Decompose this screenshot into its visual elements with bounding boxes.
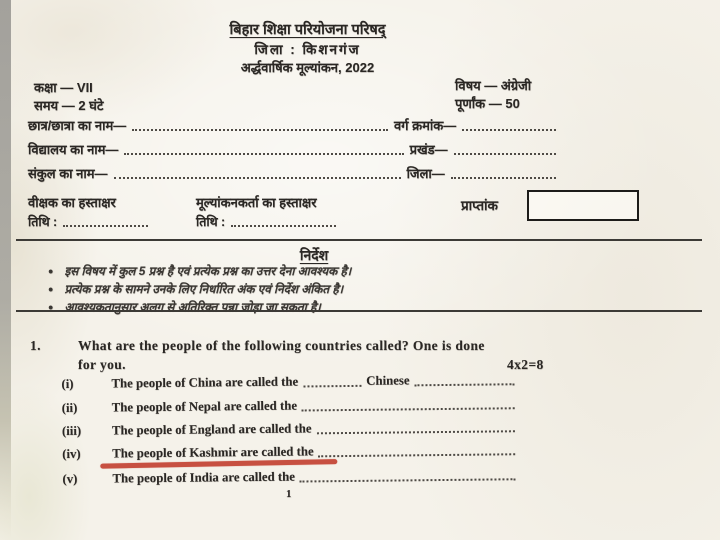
item-number: (v) (62, 471, 112, 487)
question-item-i: (i) The people of China are called the C… (61, 372, 519, 392)
meta-right: विषय — अंग्रेजी पूर्णांक — 50 (455, 77, 531, 113)
answer-blank (415, 381, 515, 386)
item-text: The people of Kashmir are called the (112, 444, 314, 461)
question-text-line1: What are the people of the following cou… (78, 336, 518, 355)
page-number: 1 (286, 488, 292, 500)
question-marks: 4x2=8 (507, 355, 544, 374)
student-name-label: छात्र/छात्रा का नाम— (28, 116, 126, 134)
question-text-line2: for you. (78, 355, 518, 374)
instruction-item: ● इस विषय में कुल 5 प्रश्न है एवं प्रत्य… (48, 264, 628, 280)
class-label: कक्षा — VII (34, 79, 103, 97)
bullet-icon: ● (48, 300, 53, 316)
student-name-blank (132, 127, 388, 131)
school-name-blank (124, 151, 403, 155)
instructions-title: निर्देश (0, 246, 628, 265)
answer-blank (316, 428, 514, 434)
exam-title: अर्द्धवार्षिक मूल्यांकन, 2022 (130, 59, 485, 76)
block-blank (454, 151, 556, 155)
school-name-label: विद्यालय का नाम— (28, 140, 118, 158)
date-blank (63, 223, 148, 227)
item-text: The people of England are called the (112, 421, 312, 438)
marks-obtained-box (527, 190, 639, 221)
question-item-iii: (iii) The people of England are called t… (62, 419, 520, 439)
item-number: (iii) (62, 423, 112, 439)
bullet-icon: ● (48, 282, 53, 298)
answer-blank (319, 451, 516, 457)
date-blank (231, 223, 336, 227)
answer-blank (303, 383, 361, 388)
instruction-item: ● आवश्यकतानुसार अलग से अतिरिक्त पन्ना जो… (48, 300, 628, 316)
evaluator-date-row: तिथि : (196, 213, 361, 230)
divider-rule-bottom (16, 310, 702, 312)
question-text: What are the people of the following cou… (78, 336, 518, 374)
form-row-student-name: छात्र/छात्रा का नाम— वर्ग क्रमांक— (28, 116, 562, 134)
question-number: 1. (30, 336, 41, 355)
scanned-exam-paper: बिहार शिक्षा परियोजना परिषद् जिला : किशन… (0, 0, 720, 540)
org-title: बिहार शिक्षा परियोजना परिषद् (130, 22, 485, 39)
answer-blank (300, 476, 516, 482)
marks-obtained-label: प्राप्तांक (461, 196, 498, 214)
item-number: (ii) (62, 400, 112, 416)
district-line: जिला : किशनगंज (130, 41, 485, 58)
item-answer: Chinese (366, 373, 410, 388)
question-items: (i) The people of China are called the C… (61, 372, 520, 497)
paper-header: बिहार शिक्षा परियोजना परिषद् जिला : किशन… (130, 22, 485, 76)
full-marks-label: पूर्णांक — 50 (455, 95, 531, 113)
instruction-text: आवश्यकतानुसार अलग से अतिरिक्त पन्ना जोड़… (64, 300, 320, 316)
meta-left: कक्षा — VII समय — 2 घंटे (34, 79, 103, 115)
question-item-iv: (iv) The people of Kashmir are called th… (62, 442, 520, 462)
district-label: जिला— (407, 164, 445, 182)
item-text: The people of Nepal are called the (112, 399, 297, 416)
instruction-text: प्रत्येक प्रश्न के सामने उनके लिए निर्धा… (64, 282, 343, 298)
cluster-name-blank (114, 175, 401, 179)
divider-rule-top (16, 239, 702, 241)
invigilator-signature-label: वीक्षक का हस्ताक्षर (28, 193, 116, 211)
form-row-cluster-name: संकुल का नाम— जिला— (28, 164, 562, 182)
item-number: (iv) (62, 446, 112, 462)
roll-label: वर्ग क्रमांक— (394, 116, 456, 134)
bullet-icon: ● (48, 264, 53, 280)
instruction-item: ● प्रत्येक प्रश्न के सामने उनके लिए निर्… (48, 282, 628, 298)
block-label: प्रखंड— (410, 140, 448, 158)
invigilator-date-row: तिथि : (28, 213, 173, 230)
question-item-v: (v) The people of India are called the (62, 467, 520, 487)
question-item-ii: (ii) The people of Nepal are called the (62, 396, 520, 416)
scan-edge-shadow (0, 0, 11, 540)
item-text: The people of India are called the (112, 470, 295, 487)
item-text: The people of China are called the (111, 375, 298, 392)
district-blank (451, 175, 556, 179)
item-number: (i) (61, 376, 111, 392)
evaluator-signature-label: मूल्यांकनकर्ता का हस्ताक्षर (196, 193, 317, 211)
cluster-name-label: संकुल का नाम— (28, 164, 108, 182)
subject-label: विषय — अंग्रेजी (455, 77, 531, 95)
instruction-text: इस विषय में कुल 5 प्रश्न है एवं प्रत्येक… (64, 264, 351, 280)
date-label: तिथि : (196, 213, 225, 230)
date-label: तिथि : (28, 213, 57, 230)
roll-blank (462, 127, 556, 131)
time-label: समय — 2 घंटे (34, 97, 103, 115)
form-row-school-name: विद्यालय का नाम— प्रखंड— (28, 140, 562, 158)
answer-blank (302, 405, 515, 411)
